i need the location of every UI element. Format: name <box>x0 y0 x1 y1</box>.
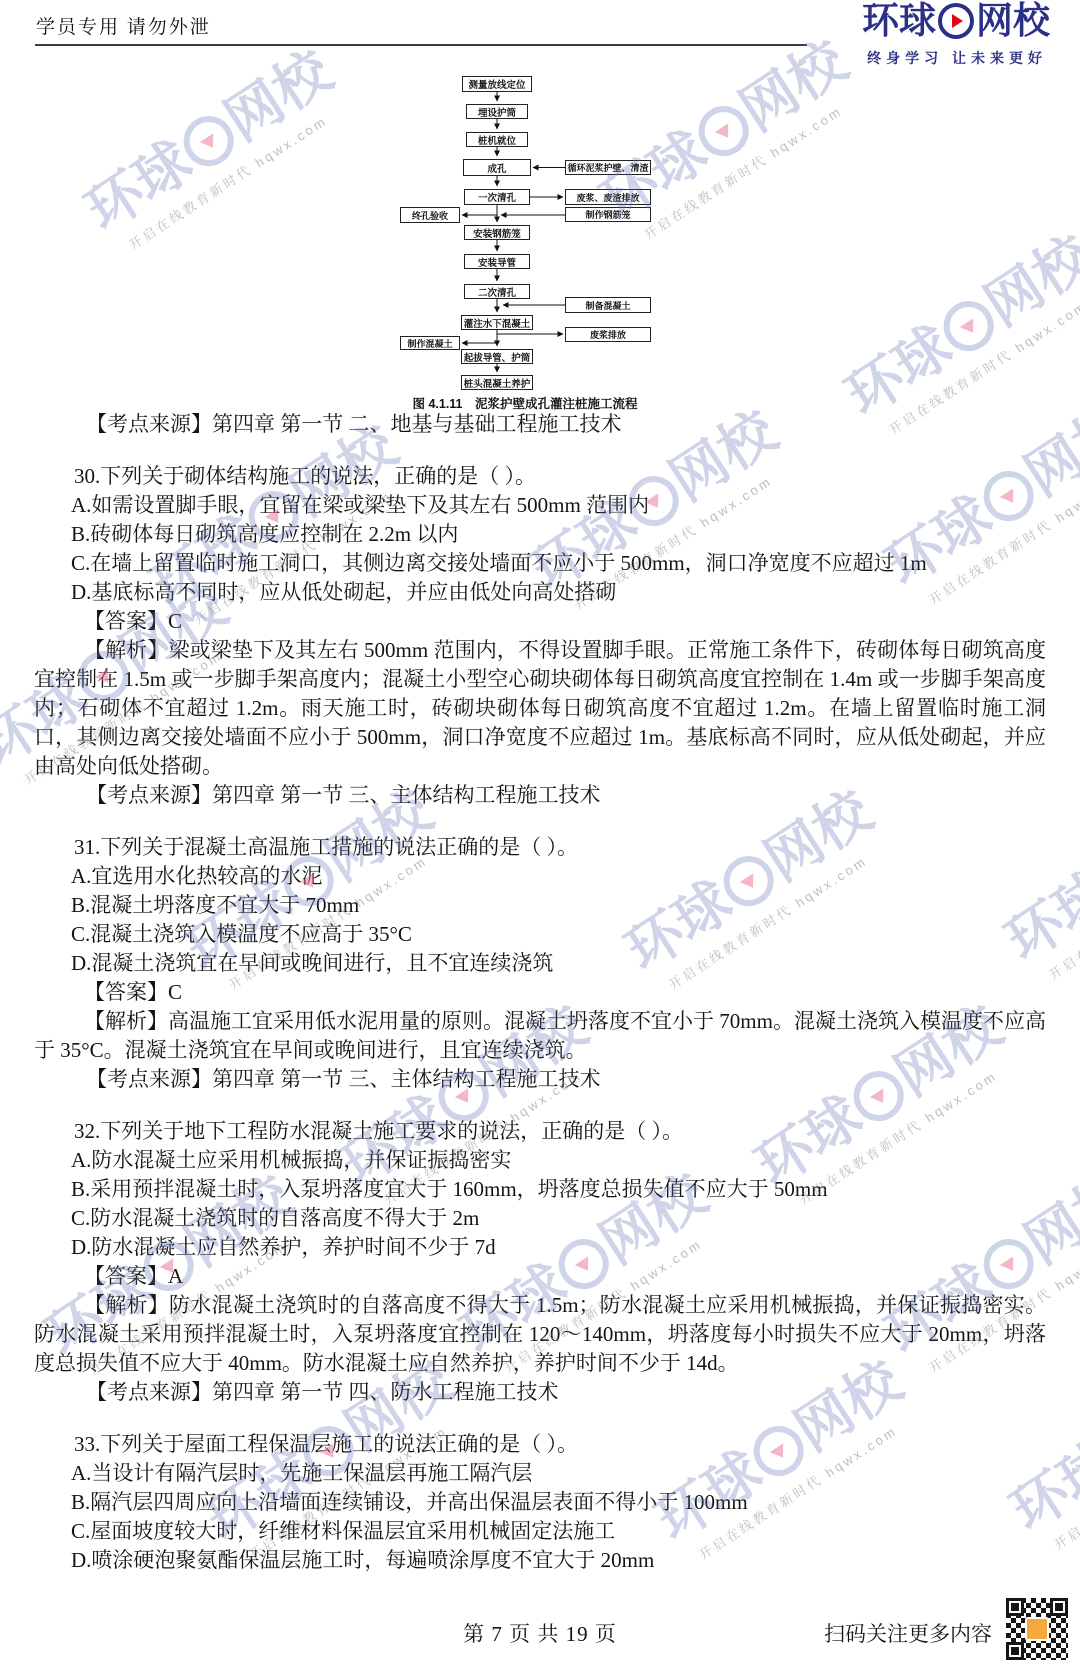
flowchart-step: 灌注水下混凝土 <box>461 315 533 330</box>
option-a: A.防水混凝土应采用机械振捣，并保证振捣密实 <box>34 1146 1046 1175</box>
flowchart-side-box: 制作混凝土 <box>400 336 460 350</box>
flowchart-step: 安装导管 <box>464 254 530 269</box>
confidential-notice: 学员专用 请勿外泄 <box>36 12 211 39</box>
qr-finder-icon <box>1050 1598 1068 1616</box>
flowchart-step: 二次清孔 <box>464 284 530 299</box>
option-a: A.宜选用水化热较高的水泥 <box>34 862 1046 891</box>
option-c: C.防水混凝土浇筑时的自落高度不得大于 2m <box>34 1204 1046 1233</box>
option-b: B.混凝土坍落度不宜大于 70mm <box>34 891 1046 920</box>
play-icon <box>938 3 974 39</box>
option-c: C.混凝土浇筑入模温度不应高于 35°C <box>34 920 1046 949</box>
analysis: 【解析】梁或梁垫下及其左右 500mm 范围内，不得设置脚手眼。正常施工条件下，… <box>34 636 1046 781</box>
analysis: 【解析】高温施工宜采用低水泥用量的原则。混凝土坍落度不宜小于 70mm。混凝土浇… <box>34 1007 1046 1065</box>
brand-logo: 环球 网校 <box>862 2 1050 39</box>
source-note: 【考点来源】第四章 第一节 三、主体结构工程施工技术 <box>34 781 1046 810</box>
flowchart-side-box: 制作钢筋笼 <box>565 207 651 222</box>
answer: 【答案】C <box>34 607 1046 636</box>
brand-logo-text-left: 环球 <box>862 2 936 39</box>
brand-tagline: 终身学习 让未来更好 <box>867 48 1047 68</box>
question-stem: 33.下列关于屋面工程保温层施工的说法正确的是（ ）。 <box>34 1430 1046 1459</box>
qr-caption: 扫码关注更多内容 <box>824 1618 992 1648</box>
exam-content: 【考点来源】第四章 第一节 二、地基与基础工程施工技术 30.下列关于砌体结构施… <box>34 410 1046 1575</box>
answer: 【答案】A <box>34 1262 1046 1291</box>
source-note: 【考点来源】第四章 第一节 三、主体结构工程施工技术 <box>34 1065 1046 1094</box>
option-a: A.当设计有隔汽层时，先施工保温层再施工隔汽层 <box>34 1459 1046 1488</box>
flowchart-step: 埋设护筒 <box>466 104 528 119</box>
option-d: D.防水混凝土应自然养护，养护时间不少于 7d <box>34 1233 1046 1262</box>
flowchart-step: 测量放线定位 <box>462 76 532 92</box>
play-icon <box>689 97 758 166</box>
flowchart-side-box: 循环泥浆护壁、清渣 <box>565 160 651 175</box>
option-a: A.如需设置脚手眼，宜留在梁或梁垫下及其左右 500mm 范围内 <box>34 491 1046 520</box>
flowchart-step: 成孔 <box>463 159 531 176</box>
option-d: D.混凝土浇筑宜在早间或晚间进行，且不宜连续浇筑 <box>34 949 1046 978</box>
question-32: 32.下列关于地下工程防水混凝土施工要求的说法，正确的是（ ）。 A.防水混凝土… <box>34 1117 1046 1407</box>
source-note: 【考点来源】第四章 第一节 二、地基与基础工程施工技术 <box>34 410 1046 439</box>
flowchart-side-box: 终孔验收 <box>400 207 460 223</box>
answer: 【答案】C <box>34 978 1046 1007</box>
option-d: D.基底标高不同时，应从低处砌起，并应由低处向高处搭砌 <box>34 578 1046 607</box>
question-stem: 30.下列关于砌体结构施工的说法，正确的是（ ）。 <box>34 462 1046 491</box>
flowchart-step: 一次清孔 <box>464 189 530 205</box>
play-icon <box>934 292 1003 361</box>
qr-code <box>1006 1598 1068 1660</box>
question-stem: 32.下列关于地下工程防水混凝土施工要求的说法，正确的是（ ）。 <box>34 1117 1046 1146</box>
qr-finder-icon <box>1006 1598 1024 1616</box>
flowchart-step: 桩机就位 <box>466 132 528 147</box>
option-c: C.在墙上留置临时施工洞口，其侧边离交接处墙面不应小于 500mm，洞口净宽度不… <box>34 549 1046 578</box>
pile-construction-flowchart: 测量放线定位 埋设护筒 桩机就位 成孔 一次清孔 安装钢筋笼 安装导管 二次清孔… <box>395 72 660 412</box>
source-note: 【考点来源】第四章 第一节 四、防水工程施工技术 <box>34 1378 1046 1407</box>
flowchart-side-box: 废浆排放 <box>565 327 651 342</box>
question-33: 33.下列关于屋面工程保温层施工的说法正确的是（ ）。 A.当设计有隔汽层时，先… <box>34 1430 1046 1575</box>
flowchart-side-box: 废浆、废渣排放 <box>565 189 651 205</box>
question-31: 31.下列关于混凝土高温施工措施的说法正确的是（ ）。 A.宜选用水化热较高的水… <box>34 833 1046 1094</box>
option-c: C.屋面坡度较大时，纤维材料保温层宜采用机械固定法施工 <box>34 1517 1046 1546</box>
qr-center-logo-icon <box>1025 1617 1049 1641</box>
analysis: 【解析】防水混凝土浇筑时的自落高度不得大于 1.5m；防水混凝土应采用机械振捣，… <box>34 1291 1046 1378</box>
flowchart-side-box: 制备混凝土 <box>565 297 651 313</box>
question-30: 30.下列关于砌体结构施工的说法，正确的是（ ）。 A.如需设置脚手眼，宜留在梁… <box>34 462 1046 810</box>
flowchart-step: 安装钢筋笼 <box>464 225 530 240</box>
qr-finder-icon <box>1006 1642 1024 1660</box>
option-b: B.砖砌体每日砌筑高度应控制在 2.2m 以内 <box>34 520 1046 549</box>
header-divider <box>35 44 807 46</box>
flowchart-step: 起拔导管、护筒 <box>461 349 533 364</box>
option-b: B.采用预拌混凝土时，入泵坍落度宜大于 160mm，坍落度总损失值不应大于 50… <box>34 1175 1046 1204</box>
flowchart-step: 桩头混凝土养护 <box>461 375 533 390</box>
play-icon <box>174 107 243 176</box>
option-d: D.喷涂硬泡聚氨酯保温层施工时，每遍喷涂厚度不宜大于 20mm <box>34 1546 1046 1575</box>
brand-logo-text-right: 网校 <box>976 2 1050 39</box>
option-b: B.隔汽层四周应向上沿墙面连续铺设，并高出保温层表面不得小于 100mm <box>34 1488 1046 1517</box>
question-stem: 31.下列关于混凝土高温施工措施的说法正确的是（ ）。 <box>34 833 1046 862</box>
watermark: 环球网校开启在线教育新时代 hqwx.com <box>77 30 373 262</box>
